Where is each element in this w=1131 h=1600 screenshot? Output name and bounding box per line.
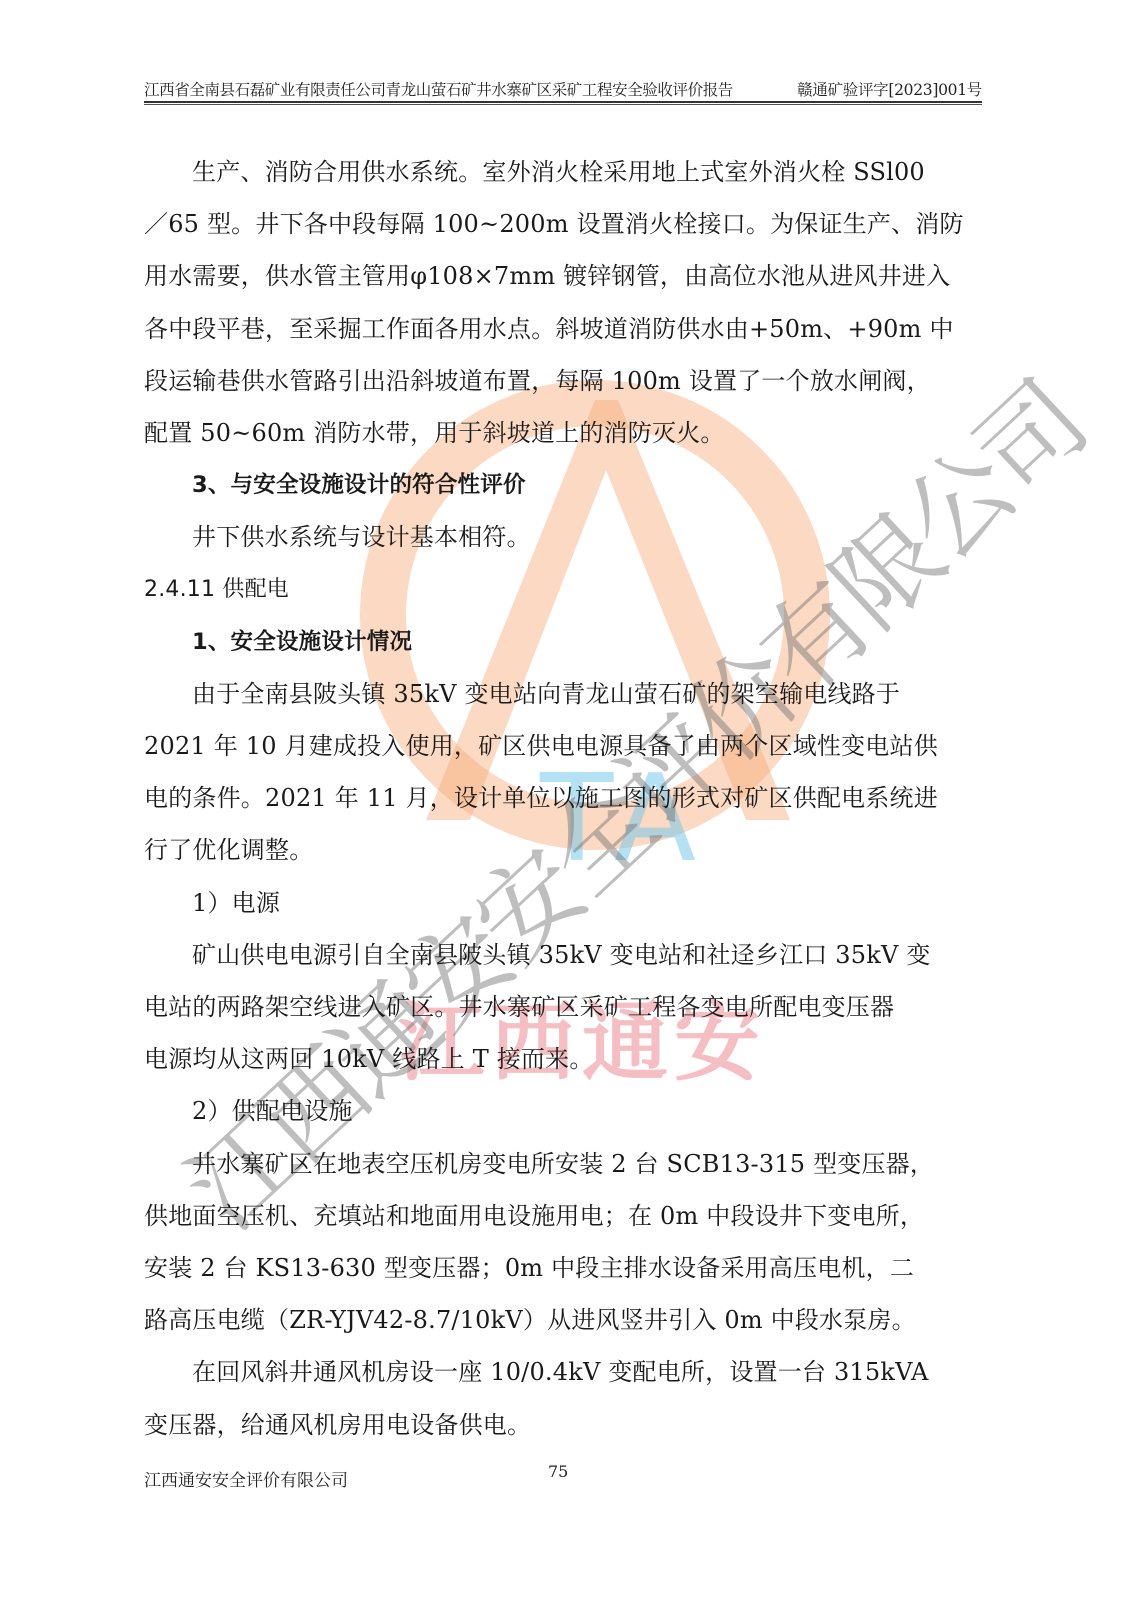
header-rule <box>144 101 982 103</box>
paragraph-line: 路高压电缆（ZR-YJV42-8.7/10kV）从进风竖井引入 0m 中段水泵房… <box>144 1294 966 1346</box>
section-heading-power: 2.4.11 供配电 <box>144 564 966 616</box>
header-doc-code: 赣通矿验评字[2023]001号 <box>797 78 982 100</box>
paragraph-line: 由于全南县陂头镇 35kV 变电站向青龙山萤石矿的架空输电线路于 <box>144 668 966 720</box>
subheading-design: 1、安全设施设计情况 <box>144 616 966 668</box>
paragraph-line: 井下供水系统与设计基本相符。 <box>144 511 966 563</box>
paragraph-line: ／65 型。井下各中段每隔 100~200m 设置消火栓接口。为保证生产、消防 <box>144 198 966 250</box>
list-heading-facilities: 2）供配电设施 <box>144 1085 966 1137</box>
paragraph-line: 在回风斜井通风机房设一座 10/0.4kV 变配电所，设置一台 315kVA <box>144 1346 966 1398</box>
paragraph-line: 电站的两路架空线进入矿区。井水寨矿区采矿工程各变电所配电变压器 <box>144 981 966 1033</box>
paragraph-line: 电源均从这两回 10kV 线路上 T 接而来。 <box>144 1033 966 1085</box>
paragraph-line: 供地面空压机、充填站和地面用电设施用电；在 0m 中段设井下变电所， <box>144 1190 966 1242</box>
page-header: 江西省全南县石磊矿业有限责任公司青龙山萤石矿井水寨矿区采矿工程安全验收评价报告 … <box>144 76 982 102</box>
page-body: 生产、消防合用供水系统。室外消火栓采用地上式室外消火栓 SSl00 ／65 型。… <box>144 146 966 1451</box>
paragraph-line: 变压器，给通风机房用电设备供电。 <box>144 1399 966 1451</box>
subheading-compliance: 3、与安全设施设计的符合性评价 <box>144 459 966 511</box>
paragraph-line: 安装 2 台 KS13-630 型变压器；0m 中段主排水设备采用高压电机，二 <box>144 1242 966 1294</box>
paragraph-line: 电的条件。2021 年 11 月，设计单位以施工图的形式对矿区供配电系统进 <box>144 772 966 824</box>
paragraph-line: 段运输巷供水管路引出沿斜坡道布置，每隔 100m 设置了一个放水闸阀， <box>144 355 966 407</box>
paragraph-line: 生产、消防合用供水系统。室外消火栓采用地上式室外消火栓 SSl00 <box>144 146 966 198</box>
paragraph-line: 行了优化调整。 <box>144 824 966 876</box>
paragraph-line: 矿山供电电源引自全南县陂头镇 35kV 变电站和社迳乡江口 35kV 变 <box>144 929 966 981</box>
footer-company: 江西通安安全评价有限公司 <box>144 1466 348 1491</box>
paragraph-line: 用水需要，供水管主管用φ108×7mm 镀锌钢管，由高位水池从进风井进入 <box>144 250 966 302</box>
header-title: 江西省全南县石磊矿业有限责任公司青龙山萤石矿井水寨矿区采矿工程安全验收评价报告 <box>144 78 733 100</box>
list-heading-source: 1）电源 <box>144 877 966 929</box>
paragraph-line: 各中段平巷，至采掘工作面各用水点。斜坡道消防供水由+50m、+90m 中 <box>144 303 966 355</box>
paragraph-line: 配置 50~60m 消防水带，用于斜坡道上的消防灭火。 <box>144 407 966 459</box>
header-rule-thin <box>144 104 982 105</box>
paragraph-line: 2021 年 10 月建成投入使用，矿区供电电源具备了由两个区域性变电站供 <box>144 720 966 772</box>
paragraph-line: 井水寨矿区在地表空压机房变电所安装 2 台 SCB13-315 型变压器， <box>144 1138 966 1190</box>
page: 江西省全南县石磊矿业有限责任公司青龙山萤石矿井水寨矿区采矿工程安全验收评价报告 … <box>0 0 1131 1600</box>
page-number: 75 <box>548 1462 568 1481</box>
